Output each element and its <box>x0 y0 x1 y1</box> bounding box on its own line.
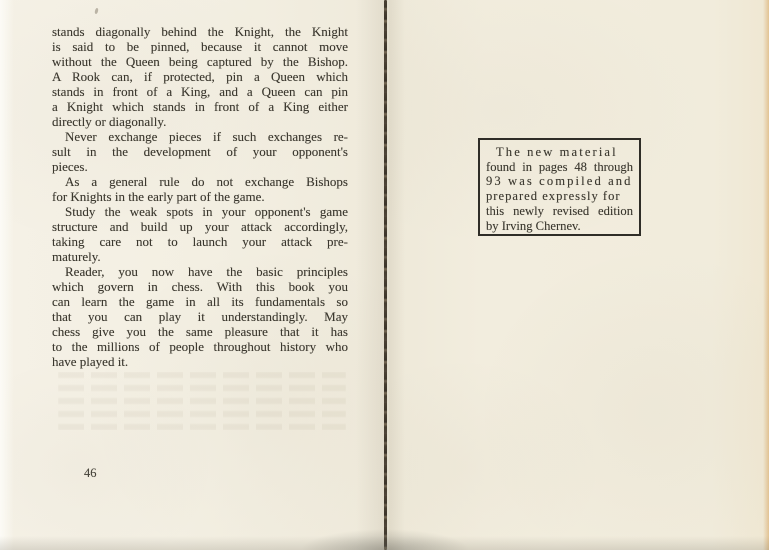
scan-edge-right <box>763 0 769 550</box>
right-page: 47 <box>389 0 769 550</box>
paragraph-never-exchange: Never exchange pieces if such exchanges … <box>52 129 348 174</box>
left-page: stands diagonally behind the Knight, the… <box>0 0 386 550</box>
text-line: pieces. <box>52 159 348 174</box>
text-line: maturely. <box>52 249 348 264</box>
notice-line: The new material <box>486 145 633 160</box>
paragraph-weak-spots: Study the weak spots in your opponent's … <box>52 204 348 264</box>
text-line: which govern in chess. With this book yo… <box>52 279 348 294</box>
text-line: stands in front of a King, and a Queen c… <box>52 84 348 99</box>
notice-line: by Irving Chernev. <box>486 219 633 234</box>
scan-edge-left <box>0 0 14 550</box>
text-line: A Rook can, if protected, pin a Queen wh… <box>52 69 348 84</box>
text-line: Never exchange pieces if such exchanges … <box>52 129 348 144</box>
text-line: As a general rule do not exchange Bishop… <box>52 174 348 189</box>
book-scan: stands diagonally behind the Knight, the… <box>0 0 769 550</box>
bleed-through-text <box>58 372 346 430</box>
spine-shadow-left <box>356 0 384 550</box>
notice-line: prepared expressly for <box>486 189 633 204</box>
text-line: have played it. <box>52 354 348 369</box>
text-line: without the Queen being captured by the … <box>52 54 348 69</box>
text-line: taking care not to launch your attack pr… <box>52 234 348 249</box>
page-number-left: 46 <box>84 466 97 481</box>
text-line: a Knight which stands in front of a King… <box>52 99 348 114</box>
text-line: stands diagonally behind the Knight, the… <box>52 24 348 39</box>
ink-speck <box>94 8 98 15</box>
revision-notice-box: The new material found in pages 48 throu… <box>478 138 641 236</box>
text-line: Reader, you now have the basic principle… <box>52 264 348 279</box>
paragraph-pinned-knight: stands diagonally behind the Knight, the… <box>52 24 348 129</box>
paragraph-general-rule: As a general rule do not exchange Bishop… <box>52 174 348 204</box>
spine-shadow-right <box>387 0 405 550</box>
left-page-body-text: stands diagonally behind the Knight, the… <box>52 24 348 369</box>
text-line: is said to be pinned, because it cannot … <box>52 39 348 54</box>
notice-line: found in pages 48 through <box>486 160 633 175</box>
text-line: structure and build up your attack accor… <box>52 219 348 234</box>
notice-line: this newly revised edition <box>486 204 633 219</box>
text-line: chess give you the same pleasure that it… <box>52 324 348 339</box>
text-line: directly or diagonally. <box>52 114 348 129</box>
text-line: sult in the development of your opponent… <box>52 144 348 159</box>
book-spine <box>384 0 387 550</box>
notice-line: 93 was compiled and <box>486 174 633 189</box>
text-line: that you can play it understandingly. Ma… <box>52 309 348 324</box>
text-line: Study the weak spots in your opponent's … <box>52 204 348 219</box>
paragraph-reader-closing: Reader, you now have the basic principle… <box>52 264 348 369</box>
text-line: to the millions of people throughout his… <box>52 339 348 354</box>
text-line: for Knights in the early part of the gam… <box>52 189 348 204</box>
text-line: can learn the game in all its fundamenta… <box>52 294 348 309</box>
spine-foot-shadow <box>265 500 505 550</box>
